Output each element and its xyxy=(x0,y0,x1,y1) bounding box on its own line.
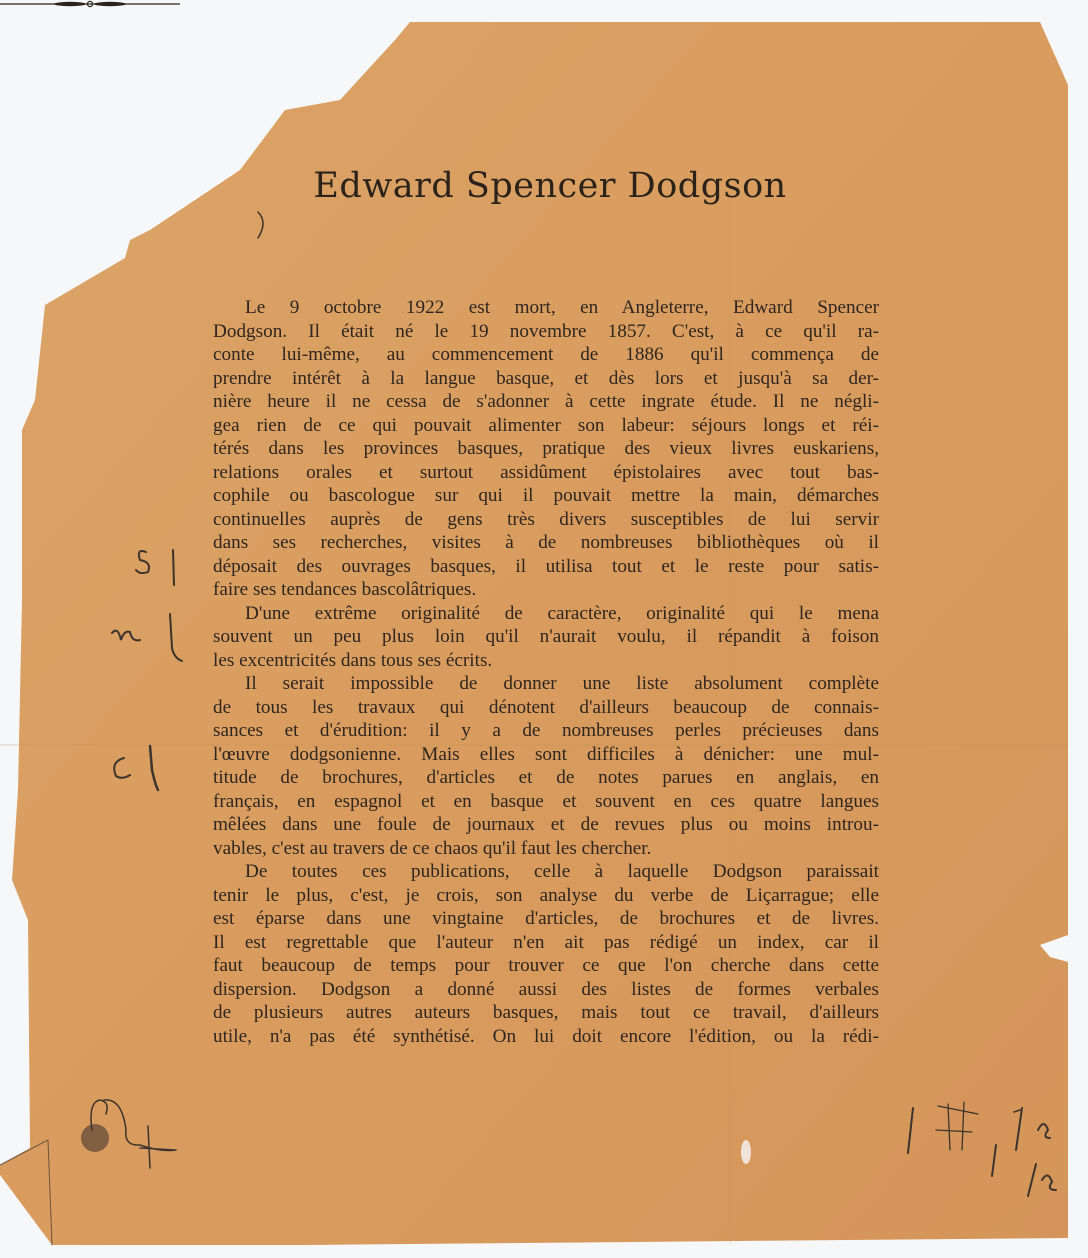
annotation-hash-icon xyxy=(936,1102,978,1150)
annotation-s-icon xyxy=(136,551,149,573)
newspaper-clipping: Edward Spencer Dodgson Le 9 octobre 1922… xyxy=(0,0,1088,1258)
handwritten-annotations xyxy=(0,0,1088,1258)
annotation-1e-icon xyxy=(992,1108,1050,1176)
annotation-n-icon xyxy=(112,631,140,641)
bracket-mark-icon xyxy=(258,212,263,238)
annotation-bar-icon xyxy=(908,1108,913,1153)
paper-hole xyxy=(741,1140,751,1164)
annotation-1e-second-icon xyxy=(1028,1164,1056,1196)
ink-blot-icon xyxy=(81,1124,109,1152)
annotation-c-icon xyxy=(114,758,130,778)
